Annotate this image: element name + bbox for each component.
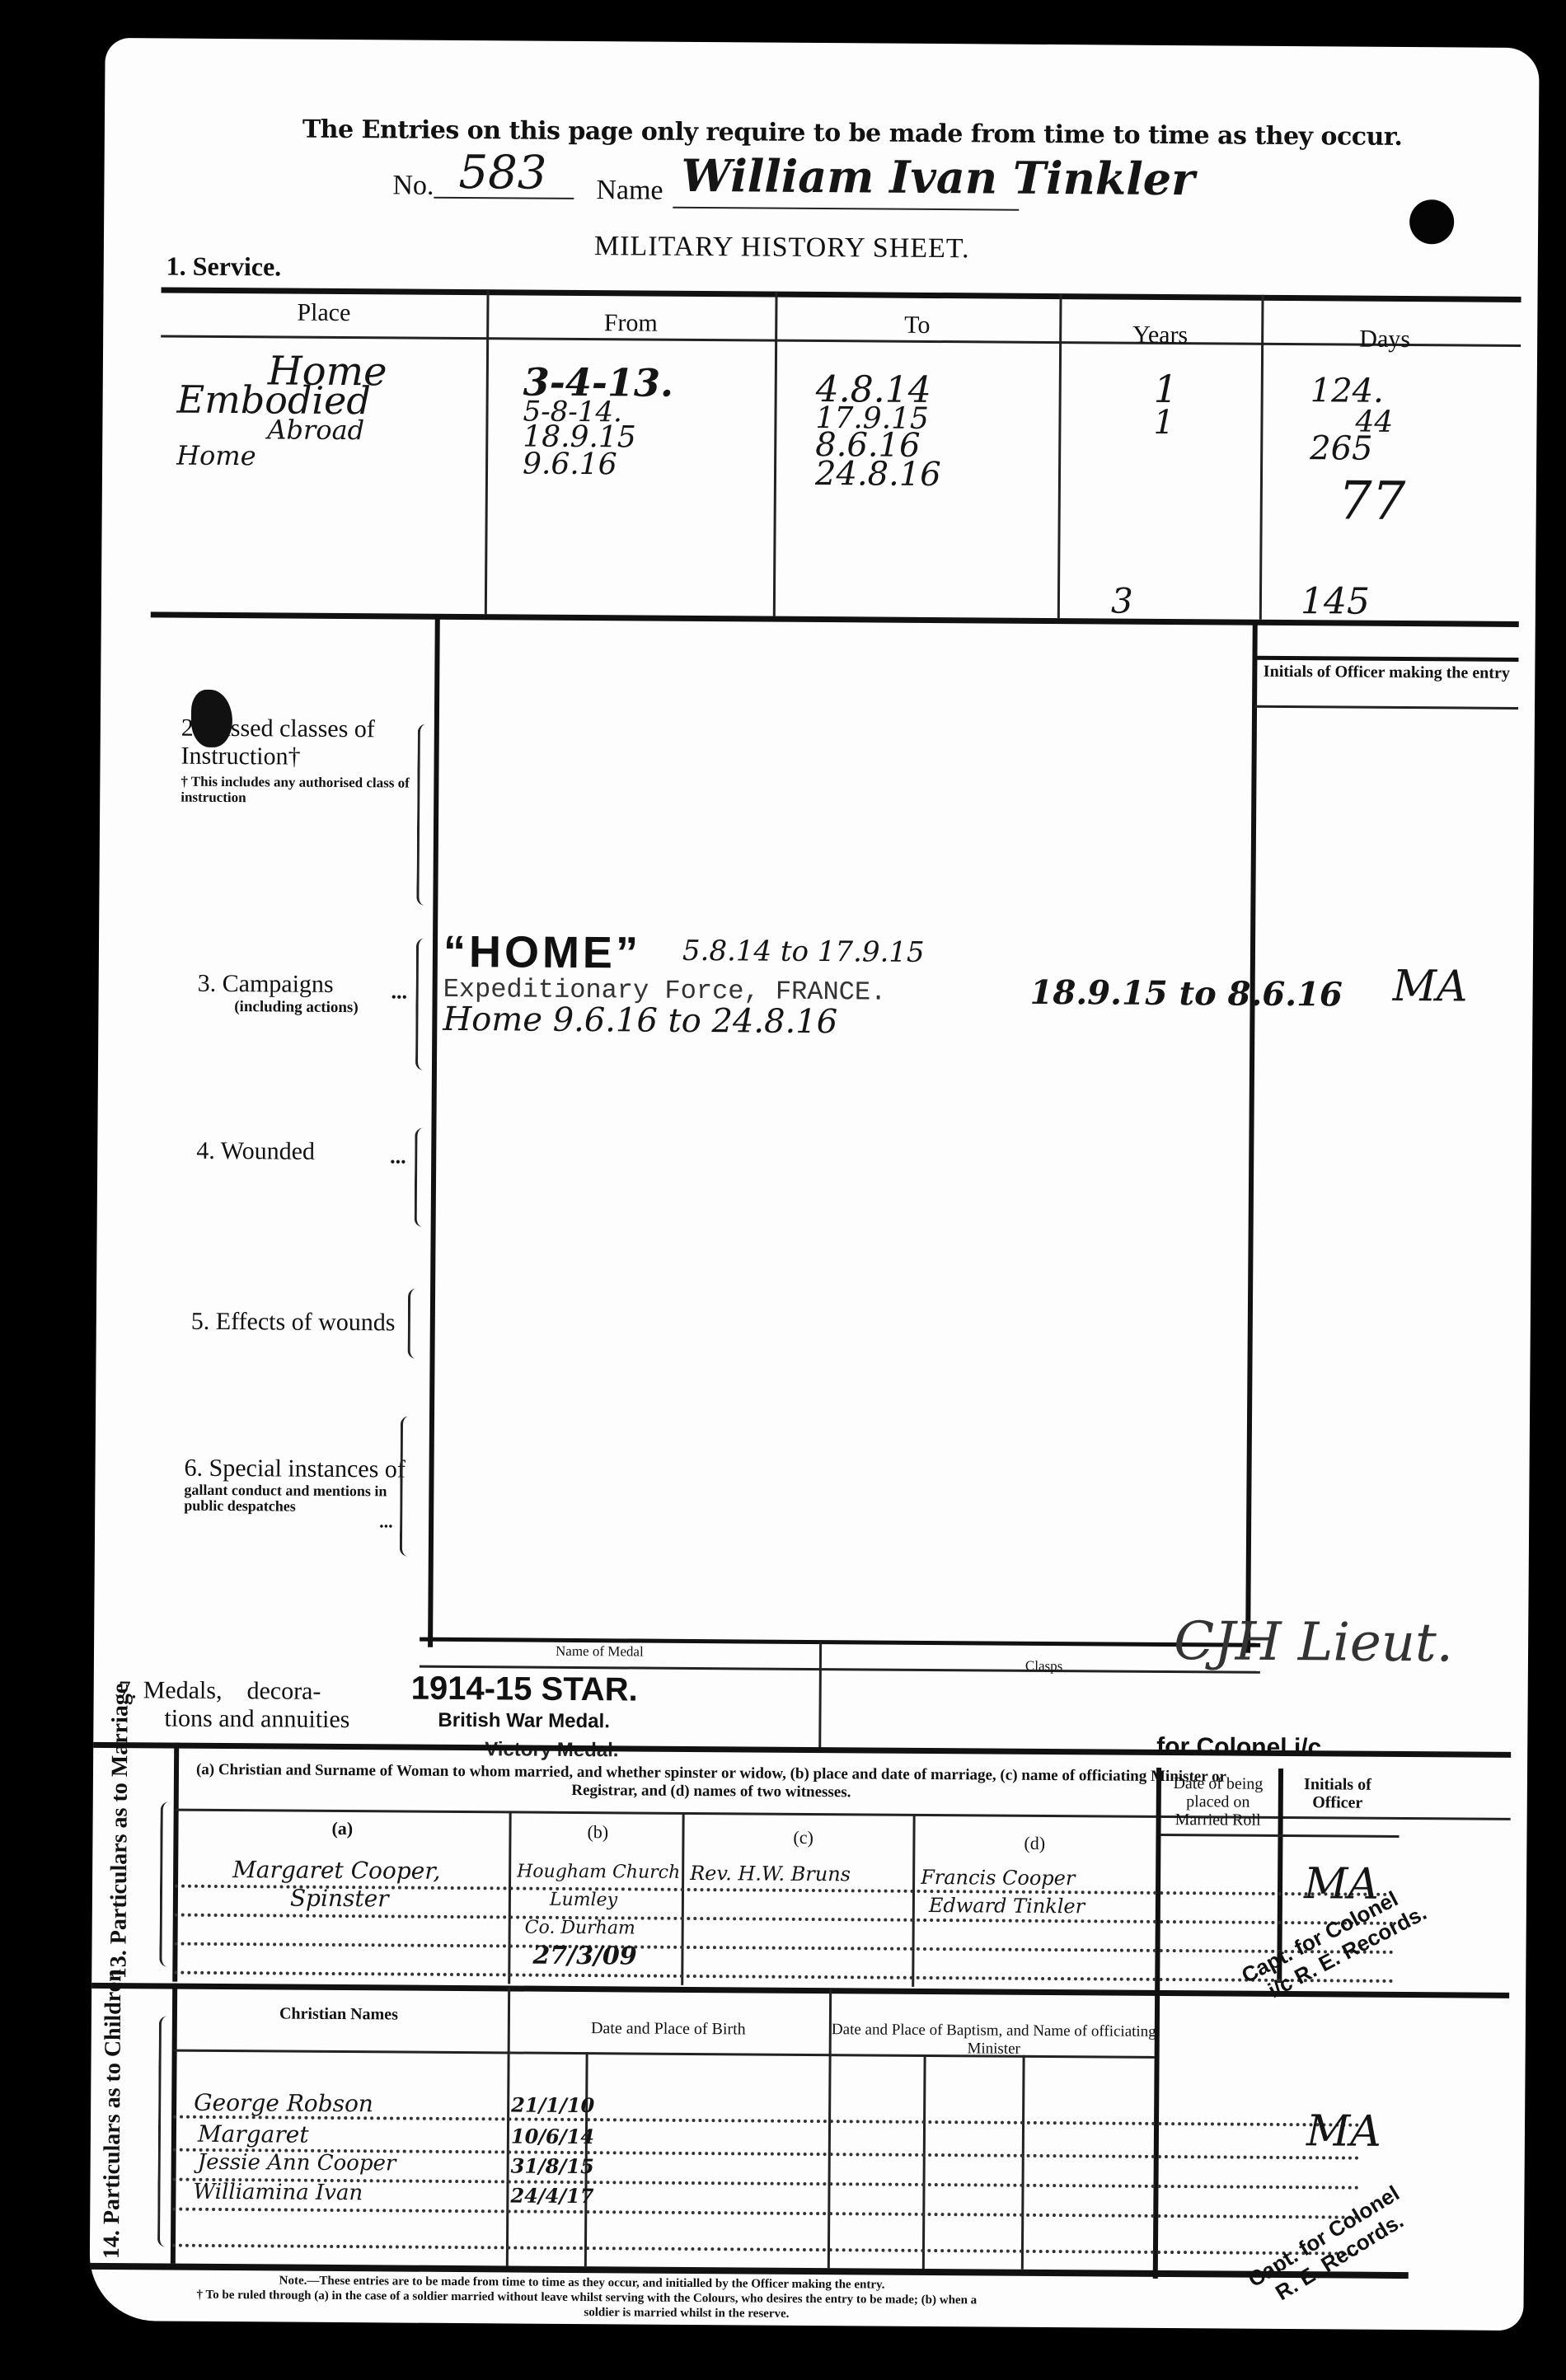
col-header-years: Years (1059, 321, 1261, 350)
special-dots: ... (379, 1511, 393, 1532)
medals-label: 7. Medals, decora- tions and annuities (118, 1676, 349, 1734)
section-special: 6. Special instances of gallant conduct … (184, 1455, 406, 1516)
marriage-place: Lumley (517, 1886, 680, 1915)
name-underline (673, 207, 1019, 211)
footnote-line3: soldier is married whilst in the reserve… (584, 2306, 789, 2321)
soldier-name: William Ivan Tinkler (681, 149, 1194, 205)
marriage-col-a: (a) (331, 1818, 353, 1839)
marriage-dotted-rule (174, 1971, 1394, 1983)
no-label: No. (392, 170, 434, 201)
name-label: Name (596, 175, 663, 207)
marriage-col-divider (912, 1815, 915, 1987)
initials-column-header: Initials of Officer making the entry (1259, 663, 1514, 682)
children-col-divider (1021, 2055, 1025, 2270)
campaigns-label: 3. Campaigns (198, 970, 396, 1000)
medal-name-header: Name of Medal (556, 1643, 644, 1661)
children-side-label: 14. Particulars as to Children (100, 1987, 126, 2259)
marriage-date: 27/3/09 (516, 1942, 679, 1970)
instruction-note: † This includes any authorised class of … (181, 774, 428, 807)
service-years: 1 (1153, 404, 1174, 442)
medal-item: 1914-15 STAR. (411, 1670, 638, 1709)
marriage-entry-d: Francis Cooper Edward Tinkler (921, 1863, 1085, 1920)
married-roll-header: Date of being placed on Married Roll (1160, 1774, 1276, 1830)
initials-header-top (1254, 656, 1518, 662)
child-name: Jessie Ann Cooper (198, 2150, 396, 2176)
campaign-dates: Home 9.6.16 to 24.8.16 (443, 1000, 837, 1041)
clasps-header: Clasps (1025, 1658, 1062, 1675)
col-header-from: From (486, 308, 775, 338)
special-label: 6. Special instances of (184, 1455, 406, 1484)
children-header-names: Christian Names (174, 2004, 504, 2026)
service-label: 1. Service. (166, 251, 282, 282)
marriage-col-divider (508, 1812, 511, 1984)
bride-status: Spinster (232, 1884, 441, 1914)
marriage-header: (a) Christian and Surname of Woman to wh… (192, 1761, 1231, 1805)
marriage-col-d: (d) (1024, 1833, 1045, 1854)
marriage-entry-a: Margaret Cooper, Spinster (232, 1856, 441, 1914)
bride-name: Margaret Cooper, (232, 1856, 441, 1886)
marriage-entry-c: Rev. H.W. Bruns (690, 1862, 851, 1886)
children-left-border (171, 1984, 177, 2264)
ink-blot (191, 690, 232, 747)
soldier-number: 583 (458, 146, 546, 200)
brace (400, 1417, 413, 1557)
medals-top-rule (420, 1637, 1260, 1647)
col-header-days: Days (1261, 325, 1508, 354)
child-dob: 31/8/15 (511, 2153, 594, 2178)
col-header-place: Place (161, 297, 486, 328)
punch-hole-icon (1409, 199, 1454, 244)
service-to: 24.8.16 (815, 455, 941, 494)
marriage-entry-b: Hougham Church Lumley Co. Durham 27/3/09 (516, 1858, 680, 1971)
brace (159, 1801, 172, 1966)
medals-label-line1: 7. Medals, decora- (119, 1676, 350, 1706)
wounded-dots: ... (390, 1144, 406, 1169)
marriage-dotted-rule (175, 1914, 1395, 1925)
medals-stamp: for Colonel i/c (1156, 1733, 1321, 1762)
medals-col-divider (818, 1642, 822, 1749)
medals-signature: CJH Lieut. (1174, 1611, 1453, 1674)
service-days: 77 (1339, 471, 1406, 532)
brace (157, 2016, 171, 2246)
service-place: Home (176, 440, 256, 472)
brace (415, 939, 429, 1071)
campaigns-sub: (including actions) (197, 998, 395, 1018)
service-days: 265 (1310, 429, 1373, 468)
page-title: MILITARY HISTORY SHEET. (594, 231, 970, 265)
marriage-officer-header: Initials of Officer (1284, 1775, 1391, 1812)
witness-name: Edward Tinkler (921, 1891, 1085, 1920)
marriage-place: Co. Durham (517, 1914, 680, 1943)
medals-label-line2: tions and annuities (118, 1704, 349, 1734)
children-initials: MA (1306, 2106, 1381, 2157)
military-history-sheet: The Entries on this page only require to… (89, 38, 1539, 2331)
special-sub: gallant conduct and mentions in public d… (184, 1483, 406, 1516)
campaign-dates: 18.9.15 to 8.6.16 (1029, 973, 1343, 1014)
service-total-days: 145 (1301, 580, 1370, 623)
brace (416, 724, 430, 906)
campaign-initials: MA (1392, 962, 1467, 1012)
child-name: Margaret (198, 2120, 309, 2148)
brace (408, 1289, 421, 1359)
marriage-left-border (172, 1743, 179, 1982)
child-dob: 24/4/17 (510, 2183, 593, 2208)
child-dob: 21/1/10 (511, 2092, 594, 2117)
marriage-col-b: (b) (587, 1821, 608, 1843)
children-dotted-rule (172, 2208, 1359, 2219)
child-name: George Robson (194, 2089, 373, 2118)
witness-name: Francis Cooper (921, 1863, 1085, 1892)
col-header-to: To (775, 311, 1059, 340)
marriage-col-divider (681, 1814, 684, 1985)
marriage-place: Hougham Church (517, 1858, 680, 1887)
initials-header-bottom (1254, 705, 1518, 710)
service-total-years: 3 (1111, 580, 1133, 621)
children-col-divider (922, 2054, 926, 2269)
campaign-stamp: “HOME” (443, 926, 641, 979)
child-dob: 10/6/14 (511, 2124, 594, 2148)
wounded-label: 4. Wounded (196, 1137, 315, 1166)
campaigns-dots: ... (391, 979, 408, 1004)
section-campaigns: 3. Campaigns (including actions) (197, 970, 395, 1018)
children-header-birth: Date and Place of Birth (508, 2018, 829, 2040)
campaign-dates: 5.8.14 to 17.9.15 (682, 935, 925, 969)
children-stamp: Capt. for Colonel R. E. Records. (1244, 2181, 1418, 2315)
child-name: Williamina Ivan (193, 2180, 363, 2205)
marriage-side-label: 13. Particulars as to Marriage (106, 1748, 133, 1979)
service-place: Abroad (267, 414, 364, 446)
service-from: 9.6.16 (523, 447, 617, 482)
medal-item: British War Medal. (438, 1709, 610, 1733)
marriage-dotted-rule (175, 1942, 1395, 1954)
brace (415, 1128, 428, 1227)
body-right-border (1245, 623, 1258, 1653)
marriage-col-c: (c) (793, 1827, 813, 1848)
children-dotted-rule (172, 2244, 1359, 2256)
effects-label: 5. Effects of wounds (191, 1308, 396, 1338)
children-col-divider (506, 1987, 510, 2265)
